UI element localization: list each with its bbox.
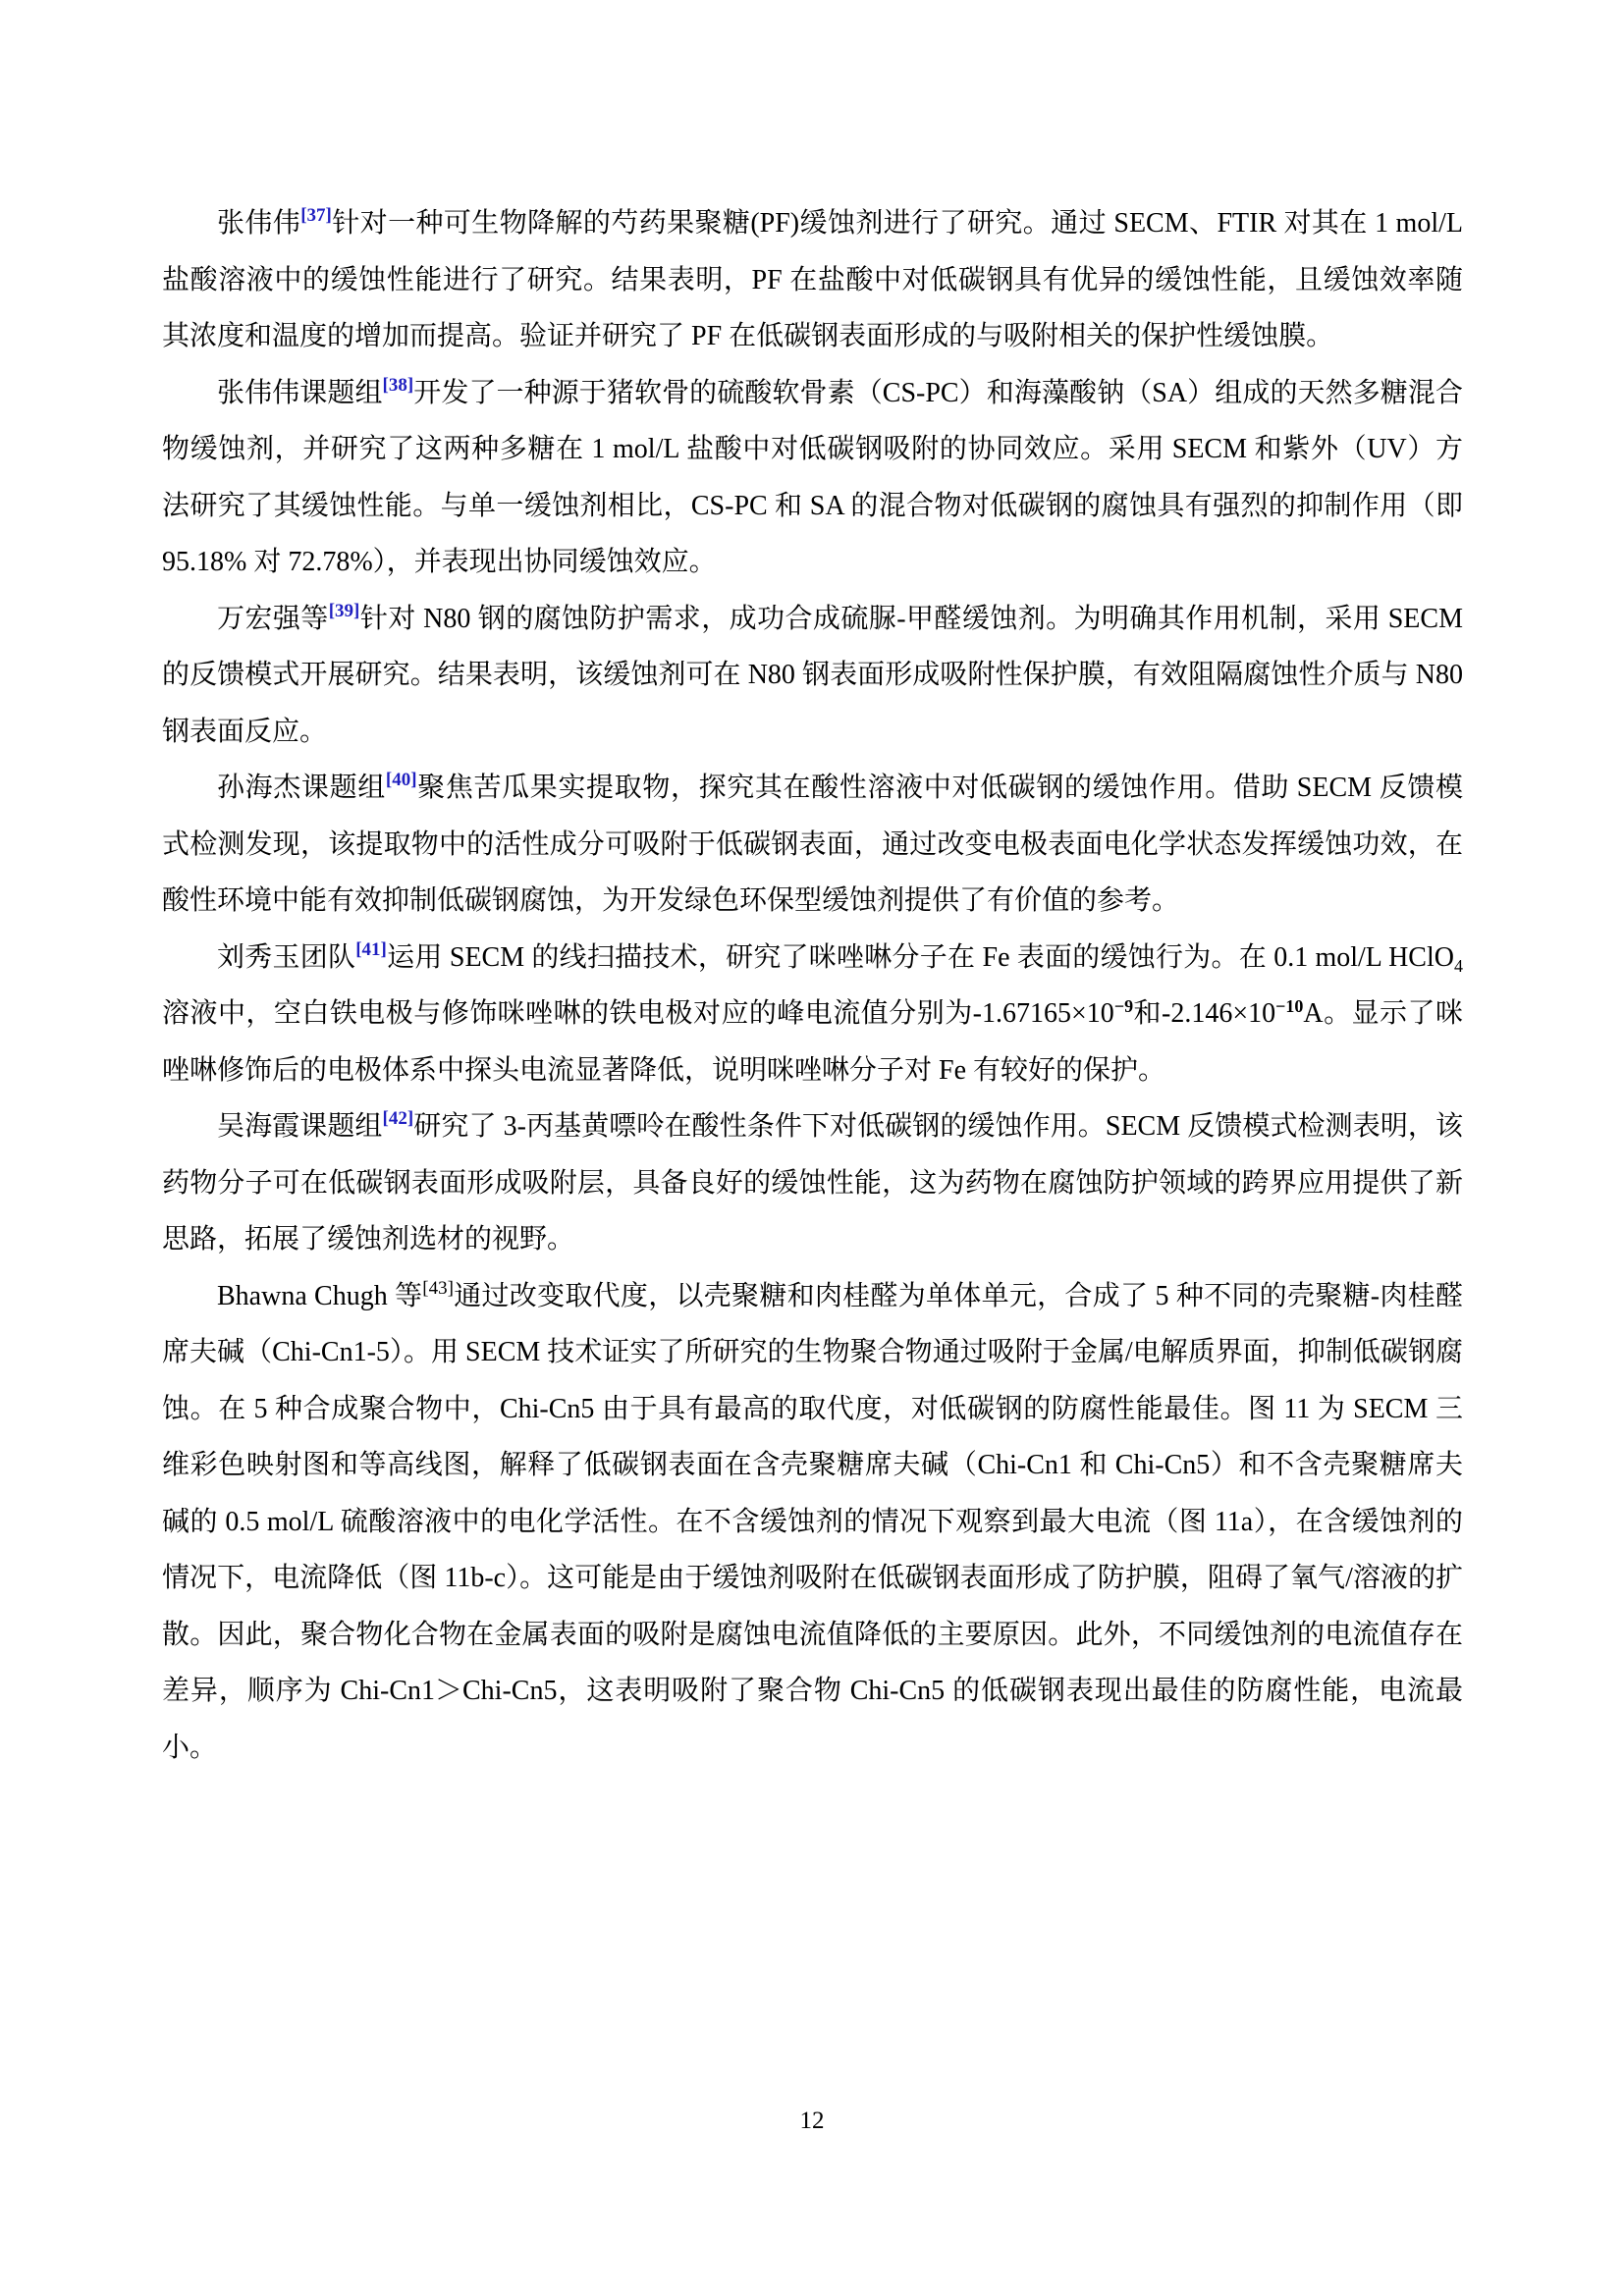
text-run: 张伟伟	[217, 208, 300, 239]
paragraph: 万宏强等[39]针对 N80 钢的腐蚀防护需求，成功合成硫脲-甲醛缓蚀剂。为明确…	[162, 591, 1463, 761]
superscript-exponent: −10	[1275, 996, 1303, 1016]
document-page: 张伟伟[37]针对一种可生物降解的芍药果聚糖(PF)缓蚀剂进行了研究。通过 SE…	[0, 0, 1624, 2296]
text-run: Bhawna Chugh 等	[217, 1281, 422, 1311]
text-run: 针对 N80 钢的腐蚀防护需求，成功合成硫脲-甲醛缓蚀剂。为明确其作用机制，采用…	[162, 604, 1463, 747]
text-run: 溶液中，空白铁电极与修饰咪唑啉的铁电极对应的峰电流值分别为-1.67165×10	[162, 998, 1114, 1029]
text-run: 万宏强等	[217, 604, 329, 634]
paragraph: 张伟伟[37]针对一种可生物降解的芍药果聚糖(PF)缓蚀剂进行了研究。通过 SE…	[162, 195, 1463, 365]
citation-ref[interactable]: [38]	[383, 375, 414, 396]
text-run: 刘秀玉团队	[217, 942, 355, 973]
citation-ref[interactable]: [43]	[422, 1278, 454, 1299]
text-run: 吴海霞课题组	[217, 1111, 383, 1142]
citation-ref[interactable]: [40]	[386, 770, 417, 790]
text-run: 和-2.146×10	[1133, 998, 1275, 1029]
page-number: 12	[0, 2107, 1624, 2136]
citation-ref[interactable]: [37]	[300, 205, 332, 226]
paragraph: 刘秀玉团队[41]运用 SECM 的线扫描技术，研究了咪唑啉分子在 Fe 表面的…	[162, 930, 1463, 1099]
citation-ref[interactable]: [42]	[383, 1108, 414, 1129]
superscript-exponent: −9	[1114, 996, 1133, 1016]
text-run: 运用 SECM 的线扫描技术，研究了咪唑啉分子在 Fe 表面的缓蚀行为。在 0.…	[387, 942, 1454, 973]
text-run: 孙海杰课题组	[217, 773, 386, 803]
text-run: 针对一种可生物降解的芍药果聚糖(PF)缓蚀剂进行了研究。通过 SECM、FTIR…	[162, 208, 1463, 351]
citation-ref[interactable]: [41]	[355, 939, 387, 960]
paragraph: 孙海杰课题组[40]聚焦苦瓜果实提取物，探究其在酸性溶液中对低碳钢的缓蚀作用。借…	[162, 760, 1463, 930]
document-body: 张伟伟[37]针对一种可生物降解的芍药果聚糖(PF)缓蚀剂进行了研究。通过 SE…	[162, 195, 1463, 1776]
paragraph: 张伟伟课题组[38]开发了一种源于猪软骨的硫酸软骨素（CS-PC）和海藻酸钠（S…	[162, 365, 1463, 591]
paragraph: 吴海霞课题组[42]研究了 3-丙基黄嘌呤在酸性条件下对低碳钢的缓蚀作用。SEC…	[162, 1098, 1463, 1268]
paragraph: Bhawna Chugh 等[43]通过改变取代度，以壳聚糖和肉桂醛为单体单元，…	[162, 1268, 1463, 1777]
text-run: 张伟伟课题组	[217, 378, 383, 408]
text-run: 通过改变取代度，以壳聚糖和肉桂醛为单体单元，合成了 5 种不同的壳聚糖-肉桂醛席…	[162, 1281, 1463, 1763]
citation-ref[interactable]: [39]	[329, 601, 360, 621]
subscript: 4	[1454, 956, 1463, 976]
